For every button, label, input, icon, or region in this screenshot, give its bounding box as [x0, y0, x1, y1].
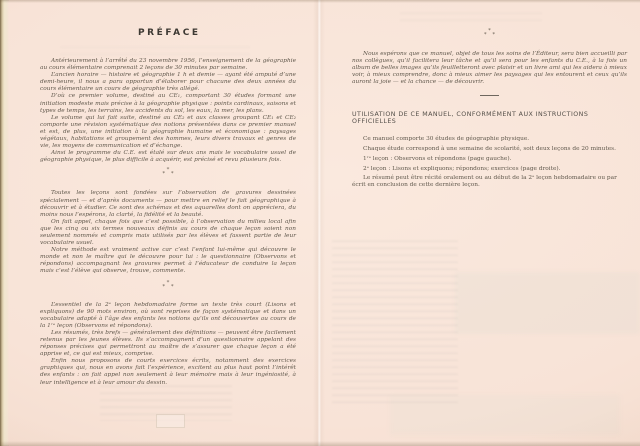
page-title: PRÉFACE: [40, 28, 296, 38]
scan-edge-shadow: [0, 441, 640, 446]
paragraph: Antérieurement à l’arrêté du 23 novembre…: [40, 58, 296, 72]
usage-page: * * * Nous espérons que ce manuel, objet…: [322, 0, 640, 446]
asterism-glyph: * *: [482, 33, 497, 37]
asterism-separator: * * *: [352, 29, 627, 37]
preface-section-2: Toutes les leçons sont fondées sur l’obs…: [40, 190, 296, 275]
usage-section-heading: UTILISATION DE CE MANUEL, CONFORMÉMENT A…: [352, 111, 627, 125]
usage-item: Chaque étude correspond à une semaine de…: [352, 146, 627, 153]
asterism-separator: * * *: [40, 281, 296, 289]
paragraph: Toutes les leçons sont fondées sur l’obs…: [40, 190, 296, 218]
book-spread-scan: PRÉFACE Antérieurement à l’arrêté du 23 …: [0, 0, 640, 446]
book-gutter: [313, 0, 325, 446]
asterism-glyph: * *: [160, 285, 175, 289]
closing-paragraph: Nous espérons que ce manuel, objet de to…: [352, 51, 627, 86]
scan-edge-shadow: [0, 0, 640, 3]
preface-page: PRÉFACE Antérieurement à l’arrêté du 23 …: [10, 0, 318, 446]
paragraph: Les résumés, très brefs — généralement d…: [40, 330, 296, 358]
preface-section-3: L’essentiel de la 2ᵉ leçon hebdomadaire …: [40, 302, 296, 387]
asterism-separator: * * *: [40, 168, 296, 176]
paragraph: L’ancien horaire — histoire et géographi…: [40, 72, 296, 93]
usage-item: 1ʳᵉ leçon : Observons et répondons (page…: [352, 156, 627, 163]
paragraph: Enfin nous proposons de courts exercices…: [40, 358, 296, 386]
paragraph: L’essentiel de la 2ᵉ leçon hebdomadaire …: [40, 302, 296, 330]
paragraph: D’où ce premier volume, destiné au CE₁, …: [40, 93, 296, 114]
preface-section-1: Antérieurement à l’arrêté du 23 novembre…: [40, 58, 296, 164]
page-edge-strip: [0, 0, 9, 446]
usage-item: Le résumé peut être récité oralement ou …: [352, 175, 627, 189]
section-rule: [480, 95, 499, 96]
paragraph: On fait appel, chaque fois que c’est pos…: [40, 219, 296, 247]
paragraph: Notre méthode est vraiment active car c’…: [40, 247, 296, 275]
usage-item: 2ᵉ leçon : Lisons et expliquons; répondo…: [352, 166, 627, 173]
paragraph: Le volume qui lui fait suite, destiné au…: [40, 115, 296, 150]
paragraph: Ainsi le programme du C.E. est étalé sur…: [40, 150, 296, 164]
usage-item: Ce manuel comporte 30 études de géograph…: [352, 136, 627, 143]
asterism-glyph: * *: [160, 172, 175, 176]
